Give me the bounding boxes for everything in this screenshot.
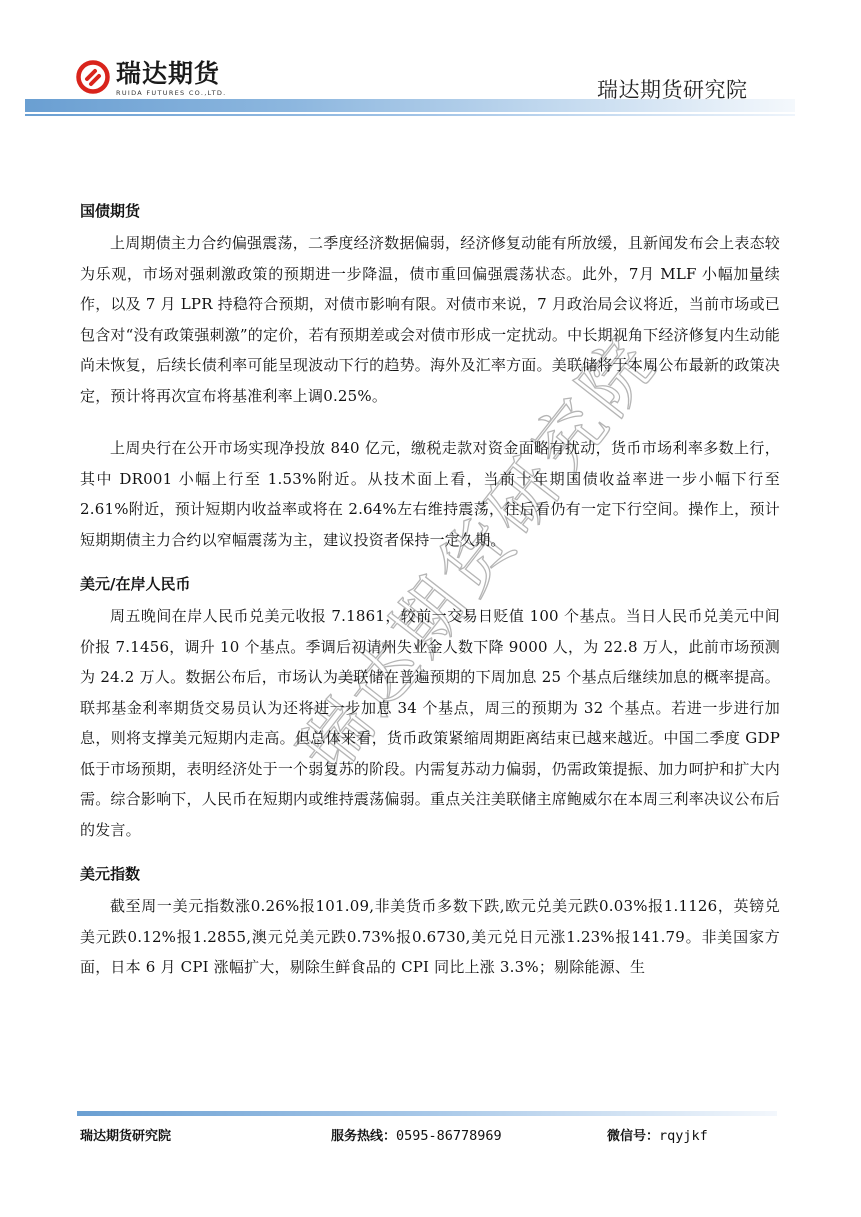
report-body: 国债期货 上周期债主力合约偏强震荡，二季度经济数据偏弱，经济修复动能有所放缓，且… <box>80 194 780 983</box>
logo-chinese-name: 瑞达期货 <box>116 60 227 88</box>
section-title: 美元指数 <box>80 857 780 891</box>
paragraph: 截至周一美元指数涨0.26%报101.09,非美货币多数下跌,欧元兑美元跌0.0… <box>80 891 780 983</box>
paragraph: 上周央行在公开市场实现净投放 840 亿元，缴税走款对资金面略有扰动，货币市场利… <box>80 433 780 555</box>
paragraph: 上周期债主力合约偏强震荡，二季度经济数据偏弱，经济修复动能有所放缓，且新闻发布会… <box>80 228 780 411</box>
hotline-label: 服务热线： <box>331 1129 396 1144</box>
wechat-id: rqyjkf <box>659 1128 708 1144</box>
company-logo: 瑞达期货 RUIDA FUTURES CO.,LTD. <box>76 60 227 97</box>
hotline-number: 0595-86778969 <box>396 1128 502 1144</box>
footer-hotline: 服务热线：0595-86778969 <box>331 1125 502 1144</box>
wechat-label: 微信号： <box>607 1129 659 1144</box>
page-footer: 瑞达期货研究院 服务热线：0595-86778969 微信号：rqyjkf <box>80 1125 780 1149</box>
footer-org: 瑞达期货研究院 <box>80 1125 171 1144</box>
paragraph: 周五晚间在岸人民币兑美元收报 7.1861，较前一交易日贬值 100 个基点。当… <box>80 601 780 845</box>
section-usd-cny: 美元/在岸人民币 周五晚间在岸人民币兑美元收报 7.1861，较前一交易日贬值 … <box>80 567 780 845</box>
page-header: 瑞达期货 RUIDA FUTURES CO.,LTD. 瑞达期货研究院 <box>0 0 861 130</box>
logo-english-name: RUIDA FUTURES CO.,LTD. <box>116 89 227 97</box>
footer-wechat: 微信号：rqyjkf <box>607 1125 708 1144</box>
header-gradient-band <box>25 99 795 112</box>
section-treasury-futures: 国债期货 上周期债主力合约偏强震荡，二季度经济数据偏弱，经济修复动能有所放缓，且… <box>80 194 780 555</box>
header-divider <box>25 114 795 116</box>
footer-gradient-band <box>77 1111 777 1116</box>
section-title: 国债期货 <box>80 194 780 228</box>
ruida-logo-icon <box>76 60 110 94</box>
section-dollar-index: 美元指数 截至周一美元指数涨0.26%报101.09,非美货币多数下跌,欧元兑美… <box>80 857 780 983</box>
section-title: 美元/在岸人民币 <box>80 567 780 601</box>
